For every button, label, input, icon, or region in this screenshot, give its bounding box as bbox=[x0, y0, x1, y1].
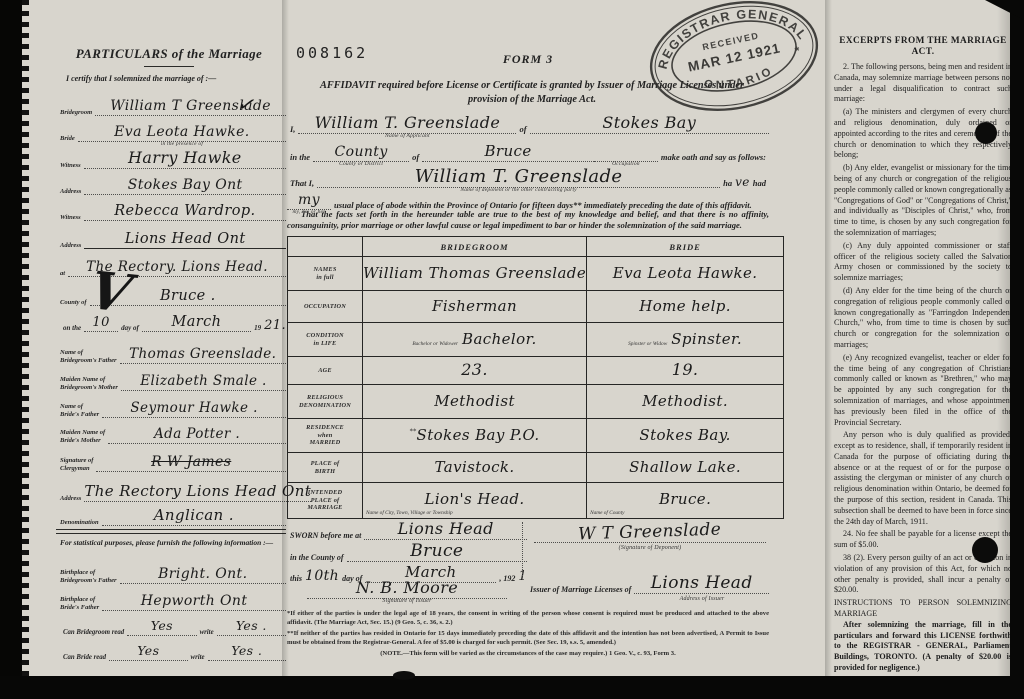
groom-birthplace: Tavistock. bbox=[435, 458, 515, 476]
field-witness-1: Witness Harry Hawke bbox=[60, 149, 286, 169]
field-value: Anglican . bbox=[154, 508, 234, 523]
field-label: Signature of Clergyman bbox=[60, 457, 96, 472]
date-prefix: on the bbox=[60, 324, 84, 332]
groom-occupation: Fisherman bbox=[432, 297, 517, 315]
date-day: 10 bbox=[92, 316, 109, 329]
excerpt-paragraph: Any person who is duly qualified as prov… bbox=[834, 430, 1012, 527]
groom-names: William Thomas Greenslade bbox=[363, 264, 586, 282]
intended-place-county: Bruce. bbox=[659, 490, 711, 508]
field-birthplace-b-father: Birthplace of Bride's Father Hepworth On… bbox=[60, 591, 286, 611]
footnote-consent: *If either of the parties is under the l… bbox=[287, 610, 769, 628]
affidavit-line-abode: my my, his or her usual place of abode w… bbox=[287, 188, 769, 210]
field-label: Name of Bridegroom's Father bbox=[60, 349, 120, 364]
row-label: OCCUPATION bbox=[288, 291, 363, 323]
field-bridegroom-readwrite: Can Bridegroom read Yes write Yes . bbox=[60, 620, 286, 636]
particulars-title: PARTICULARS of the Marriage bbox=[56, 46, 282, 62]
document-paper: PARTICULARS of the Marriage I certify th… bbox=[22, 0, 1012, 678]
groom-condition-sublabel: Bachelor or Widower bbox=[412, 341, 458, 347]
row-label: INTENDED PLACE of MARRIAGE bbox=[288, 483, 363, 519]
affidavit-line-county: in the County County or District of Bruc… bbox=[287, 140, 769, 162]
perforation-teeth bbox=[20, 0, 29, 699]
field-denomination: Denomination Anglican . bbox=[60, 506, 286, 526]
excerpt-paragraph: 2. The following persons, being men and … bbox=[834, 62, 1012, 105]
issuer-signature-hw: N. B. Moore bbox=[356, 578, 458, 597]
field-value: Bruce . bbox=[160, 289, 216, 304]
sworn-this: this bbox=[287, 574, 305, 583]
field-value: Ada Potter . bbox=[154, 428, 240, 442]
groom-residence: Stokes Bay P.O. bbox=[417, 426, 540, 444]
bridegroom-checkmark: ✓ bbox=[235, 91, 255, 117]
field-value: Eva Leota Hawke. bbox=[114, 125, 250, 139]
county-value-hw: Bruce bbox=[484, 144, 531, 159]
field-label: Maiden Name of Bridegroom's Mother bbox=[60, 376, 121, 391]
footnote-note: (NOTE.—This form will be varied as the c… bbox=[287, 650, 769, 659]
bride-condition-sublabel: Spinster or Widow bbox=[628, 341, 667, 347]
field-label: County of bbox=[60, 299, 90, 306]
my-hw: my bbox=[298, 193, 320, 207]
rw-value2: Yes . bbox=[231, 645, 262, 658]
bride-age: 19. bbox=[672, 360, 699, 379]
title-underline bbox=[144, 66, 194, 67]
presence-sublabel: in the presence of bbox=[78, 141, 286, 147]
table-row-intended-place: INTENDED PLACE of MARRIAGE Lion's Head. … bbox=[288, 483, 784, 519]
field-witness-2: Witness Rebecca Wardrop. bbox=[60, 203, 286, 221]
field-value: Bright. Ont. bbox=[158, 567, 247, 581]
field-label: Birthplace of Bride's Father bbox=[60, 596, 102, 611]
row-label: PLACE of BIRTH bbox=[288, 453, 363, 483]
table-row-denomination: RELIGIOUS DENOMINATION Methodist Methodi… bbox=[288, 385, 784, 419]
intended-place-town: Lion's Head. bbox=[424, 490, 524, 508]
field-clergy-address: Address The Rectory Lions Head Ont bbox=[60, 480, 286, 502]
field-label: Denomination bbox=[60, 519, 102, 526]
ink-blob bbox=[393, 671, 415, 680]
field-value: The Rectory Lions Head Ont bbox=[84, 484, 311, 499]
instructions-body: After solemnizing the marriage, fill in … bbox=[834, 620, 1012, 672]
line-mid: of bbox=[516, 124, 529, 134]
punch-hole-bottom bbox=[972, 537, 998, 563]
rw-label: Can Bridegroom read bbox=[60, 629, 127, 636]
field-label: Bride bbox=[60, 135, 78, 142]
row-label: AGE bbox=[288, 357, 363, 385]
excerpt-paragraph: (b) Any elder, evangelist or missionary … bbox=[834, 163, 1012, 239]
table-header-bride: BRIDE bbox=[587, 237, 784, 257]
rw-value2: Yes . bbox=[236, 620, 267, 633]
deponent-name-hw: William T. Greenslade bbox=[415, 168, 623, 186]
residence-note: ** bbox=[410, 427, 417, 435]
table-corner-cell bbox=[288, 237, 363, 257]
rw-label: Can Bride read bbox=[60, 654, 109, 661]
groom-age: 23. bbox=[461, 360, 488, 379]
issuer-signature-sublabel: Signature of Issuer bbox=[307, 598, 507, 604]
sworn-pre: in the County of bbox=[287, 553, 347, 562]
deponent-signature: W T Greenslade bbox=[534, 524, 766, 543]
excerpt-paragraph: (e) Any recognized evangelist, teacher o… bbox=[834, 353, 1012, 429]
divider-double-rule bbox=[56, 529, 286, 534]
field-birthplace-bg-father: Birthplace of Bridegroom's Father Bright… bbox=[60, 564, 286, 584]
field-label: Address bbox=[60, 242, 84, 249]
bottom-black-edge bbox=[0, 676, 1024, 699]
county-hw: County bbox=[335, 145, 388, 159]
groom-denomination: Methodist bbox=[434, 392, 515, 410]
field-address-1: Address Stokes Bay Ont bbox=[60, 177, 286, 195]
scanned-marriage-record: PARTICULARS of the Marriage I certify th… bbox=[0, 0, 1024, 699]
right-black-edge bbox=[1010, 0, 1024, 699]
deponent-signature-sublabel: (Signature of Deponent) bbox=[534, 545, 766, 551]
field-bride-mother: Maiden Name of Bride's Mother Ada Potter… bbox=[60, 424, 286, 444]
excerpt-paragraph: (d) Any elder for the time being of the … bbox=[834, 286, 1012, 351]
rw-label2: write bbox=[188, 654, 208, 661]
issuer-address-hw: Lions Head bbox=[651, 575, 753, 592]
line-pre: I, bbox=[287, 124, 298, 134]
field-label: Witness bbox=[60, 214, 84, 221]
line-post1: ha bbox=[720, 178, 735, 188]
line-post: make oath and say as follows: bbox=[658, 152, 769, 162]
field-label: Name of Bride's Father bbox=[60, 403, 102, 418]
excerpts-title: EXCERPTS FROM THE MARRIAGE ACT. bbox=[834, 36, 1012, 58]
intended-place-county-sublabel: Name of County bbox=[587, 509, 783, 518]
field-label: Address bbox=[60, 495, 84, 502]
footnote-residence: **If neither of the parties has resided … bbox=[287, 630, 769, 648]
sworn-pre: SWORN before me at bbox=[287, 531, 364, 540]
bride-denomination: Methodist. bbox=[642, 392, 728, 410]
field-label: Bridegroom bbox=[60, 109, 95, 116]
line-post2: had bbox=[750, 178, 769, 188]
field-label: at bbox=[60, 270, 68, 277]
table-header-bridegroom: BRIDEGROOM bbox=[363, 237, 587, 257]
field-value: Rebecca Wardrop. bbox=[114, 204, 255, 219]
deponent-signature-hw: W T Greenslade bbox=[578, 522, 722, 544]
field-value: Seymour Hawke . bbox=[130, 402, 257, 416]
bride-occupation: Home help. bbox=[639, 297, 731, 315]
date-year-written: 21. bbox=[264, 319, 286, 332]
affidavit-facts-paragraph: That the facts set forth in the hereunde… bbox=[287, 209, 769, 231]
row-label: CONDITION in LIFE bbox=[288, 323, 363, 357]
field-address-2: Address Lions Head Ont bbox=[60, 231, 286, 249]
statistical-note: For statistical purposes, please furnish… bbox=[60, 538, 284, 548]
field-bride-readwrite: Can Bride read Yes write Yes . bbox=[60, 645, 286, 661]
field-value: Stokes Bay Ont bbox=[128, 178, 243, 192]
field-bridegroom-mother: Maiden Name of Bridegroom's Mother Eliza… bbox=[60, 371, 286, 391]
instructions-title: INSTRUCTIONS TO PERSON SOLEMNIZING MARRI… bbox=[834, 598, 1012, 620]
row-label: RESIDENCE when MARRIED bbox=[288, 419, 363, 453]
field-date: on the 10 day of March 19 21. bbox=[60, 316, 286, 332]
signature-value: R W James bbox=[151, 455, 231, 469]
ha-ve-hw: ve bbox=[735, 176, 750, 188]
issuer-address-line: Issuer of Marriage Licenses of Lions Hea… bbox=[527, 570, 769, 594]
applicant-name-sublabel: Name of Applicant bbox=[298, 133, 516, 139]
field-bridegroom-father: Name of Bridegroom's Father Thomas Green… bbox=[60, 344, 286, 364]
field-value: Hepworth Ont bbox=[141, 594, 248, 608]
sworn-line-1: SWORN before me at Lions Head bbox=[287, 520, 527, 540]
page-seam-right bbox=[825, 0, 832, 678]
field-label: Witness bbox=[60, 162, 84, 169]
issuer-signature: N. B. Moore bbox=[307, 580, 507, 599]
field-label: Maiden Name of Bride's Mother bbox=[60, 429, 108, 444]
punch-hole-top bbox=[975, 122, 997, 144]
table-row-occupation: OCCUPATION Fisherman Home help. bbox=[288, 291, 784, 323]
sworn-line-2: in the County of Bruce bbox=[287, 542, 527, 562]
applicant-name-hw: William T. Greenslade bbox=[315, 115, 501, 131]
date-mid: day of bbox=[118, 324, 142, 332]
field-value: Elizabeth Smale . bbox=[140, 375, 266, 389]
issuer-line-pre: Issuer of Marriage Licenses of bbox=[527, 585, 634, 594]
certify-line: I certify that I solemnized the marriage… bbox=[66, 74, 282, 83]
groom-condition: Bachelor. bbox=[462, 332, 537, 347]
perforated-left-edge bbox=[0, 0, 22, 699]
rw-value: Yes bbox=[151, 620, 173, 633]
field-value: Lions Head Ont bbox=[125, 232, 246, 247]
registrar-general-received-stamp: REGISTRAR GENERAL ONTARIO RECEIVED MAR 1… bbox=[634, 0, 833, 129]
affidavit-line-deponent: That I, William T. Greenslade Name of de… bbox=[287, 162, 769, 188]
sworn-county-hw: Bruce bbox=[410, 543, 463, 560]
date-year-printed: 19 bbox=[251, 324, 264, 332]
field-label: Birthplace of Bridegroom's Father bbox=[60, 569, 120, 584]
bride-residence: Stokes Bay. bbox=[639, 426, 730, 444]
excerpt-paragraph: (c) Any duly appointed commissioner or s… bbox=[834, 241, 1012, 284]
field-label: Address bbox=[60, 188, 84, 195]
marriage-details-table: BRIDEGROOM BRIDE NAMES in full William T… bbox=[287, 236, 784, 519]
bride-condition: Spinster. bbox=[671, 332, 742, 347]
field-value: Thomas Greenslade. bbox=[129, 348, 276, 362]
row-label: NAMES in full bbox=[288, 257, 363, 291]
issuer-address-sublabel: Address of Issuer bbox=[642, 596, 762, 602]
line-pre: That I, bbox=[287, 178, 317, 188]
table-row-names: NAMES in full William Thomas Greenslade … bbox=[288, 257, 784, 291]
table-row-age: AGE 23. 19. bbox=[288, 357, 784, 385]
field-clergyman-signature: Signature of Clergyman R W James bbox=[60, 452, 286, 472]
bride-names: Eva Leota Hawke. bbox=[613, 264, 758, 282]
field-value: Harry Hawke bbox=[128, 150, 242, 166]
sworn-place-hw: Lions Head bbox=[398, 521, 494, 537]
line-mid: of bbox=[409, 152, 422, 162]
table-row-birthplace: PLACE of BIRTH Tavistock. Shallow Lake. bbox=[288, 453, 784, 483]
sworn-divider bbox=[522, 522, 523, 580]
field-bride: Bride Eva Leota Hawke. in the presence o… bbox=[60, 122, 286, 142]
row-label: RELIGIOUS DENOMINATION bbox=[288, 385, 363, 419]
line-pre: in the bbox=[287, 152, 313, 162]
rw-value: Yes bbox=[137, 645, 159, 658]
intended-place-town-sublabel: Name of City, Town, Village or Township bbox=[363, 509, 586, 518]
date-month: March bbox=[172, 315, 222, 330]
table-row-condition: CONDITION in LIFE Bachelor or Widower Ba… bbox=[288, 323, 784, 357]
table-row-residence: RESIDENCE when MARRIED **Stokes Bay P.O.… bbox=[288, 419, 784, 453]
bride-birthplace: Shallow Lake. bbox=[629, 458, 741, 476]
field-bride-father: Name of Bride's Father Seymour Hawke . bbox=[60, 398, 286, 418]
rw-label2: write bbox=[197, 629, 217, 636]
